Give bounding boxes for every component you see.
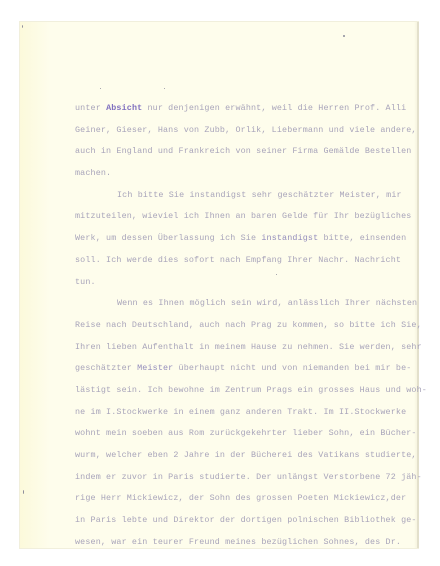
ink-speck <box>100 88 101 89</box>
line-text: Ihren lieben Aufenthalt in meinem Hause … <box>75 342 422 352</box>
text-line: rige Herr Mickiewicz, der Sohn des gross… <box>75 488 420 510</box>
line-text: überhaupt nicht und von niemanden bei mi… <box>173 363 411 373</box>
emphasized-word: Absicht <box>106 103 142 113</box>
text-line: Ich bitte Sie instandigst sehr geschätzt… <box>75 185 420 207</box>
letter-body: unter Absicht nur denjenigen erwähnt, we… <box>75 98 420 553</box>
line-text: auch in England und Frankreich von seine… <box>75 146 411 156</box>
emphasized-word: Meister <box>137 363 173 373</box>
line-text: bitte, einsenden <box>318 233 406 243</box>
line-text: mitzuteilen, wieviel ich Ihnen an baren … <box>75 211 411 221</box>
text-line: wurm, welcher eben 2 Jahre in der Bücher… <box>75 445 420 467</box>
line-text: lästigt sein. Ich bewohne im Zentrum Pra… <box>75 385 427 395</box>
line-text: indem er zuvor in Paris studierte. Der u… <box>75 472 422 482</box>
line-text: geschätzter <box>75 363 137 373</box>
text-line: lästigt sein. Ich bewohne im Zentrum Pra… <box>75 380 420 402</box>
line-text: wohnt mein soeben aus Rom zurückgekehrte… <box>75 428 417 438</box>
text-line: geschätzter Meister überhaupt nicht und … <box>75 358 420 380</box>
ink-speck <box>164 88 165 89</box>
line-text: rige Herr Mickiewicz, der Sohn des gross… <box>75 493 406 503</box>
line-text: soll. Ich werde dies sofort nach Empfang… <box>75 255 401 265</box>
text-line: wesen, war ein teurer Freund meines bezü… <box>75 532 420 554</box>
text-line: Ihren lieben Aufenthalt in meinem Hause … <box>75 337 420 359</box>
text-line: Geiner, Gieser, Hans von Zubb, Orlik, Li… <box>75 120 420 142</box>
line-text: machen. <box>75 168 111 178</box>
line-text: nur denjenigen erwähnt, weil die Herren … <box>142 103 406 113</box>
text-line: Wenn es Ihnen möglich sein wird, anlässl… <box>75 293 420 315</box>
line-text: unter <box>75 103 106 113</box>
text-line: in Paris lebte und Direktor der dortigen… <box>75 510 420 532</box>
line-text: tun. <box>75 277 96 287</box>
text-line: auch in England und Frankreich von seine… <box>75 141 420 163</box>
text-line: wohnt mein soeben aus Rom zurückgekehrte… <box>75 423 420 445</box>
line-text: in Paris lebte und Direktor der dortigen… <box>75 515 417 525</box>
text-line: tun. <box>75 272 420 294</box>
line-text: Werk, um dessen Überlassung ich Sie <box>75 233 261 243</box>
text-line: Werk, um dessen Überlassung ich Sie inst… <box>75 228 420 250</box>
emphasized-word: instandigst <box>261 233 318 243</box>
line-text: Ich bitte Sie instandigst sehr geschätzt… <box>117 190 402 200</box>
ink-speck <box>22 25 23 28</box>
line-text: ne im I.Stockwerke in einem ganz anderen… <box>75 407 406 417</box>
text-line: unter Absicht nur denjenigen erwähnt, we… <box>75 98 420 120</box>
line-text: Geiner, Gieser, Hans von Zubb, Orlik, Li… <box>75 125 417 135</box>
line-text: Wenn es Ihnen möglich sein wird, anlässl… <box>117 298 417 308</box>
line-text: Reise nach Deutschland, auch nach Prag z… <box>75 320 422 330</box>
ink-speck <box>343 35 345 37</box>
line-text: wesen, war ein teurer Freund meines bezü… <box>75 537 401 547</box>
text-line: soll. Ich werde dies sofort nach Empfang… <box>75 250 420 272</box>
line-text: wurm, welcher eben 2 Jahre in der Bücher… <box>75 450 417 460</box>
ink-speck <box>23 490 24 494</box>
text-line: mitzuteilen, wieviel ich Ihnen an baren … <box>75 206 420 228</box>
text-line: ne im I.Stockwerke in einem ganz anderen… <box>75 402 420 424</box>
text-line: indem er zuvor in Paris studierte. Der u… <box>75 467 420 489</box>
text-line: Reise nach Deutschland, auch nach Prag z… <box>75 315 420 337</box>
text-line: machen. <box>75 163 420 185</box>
